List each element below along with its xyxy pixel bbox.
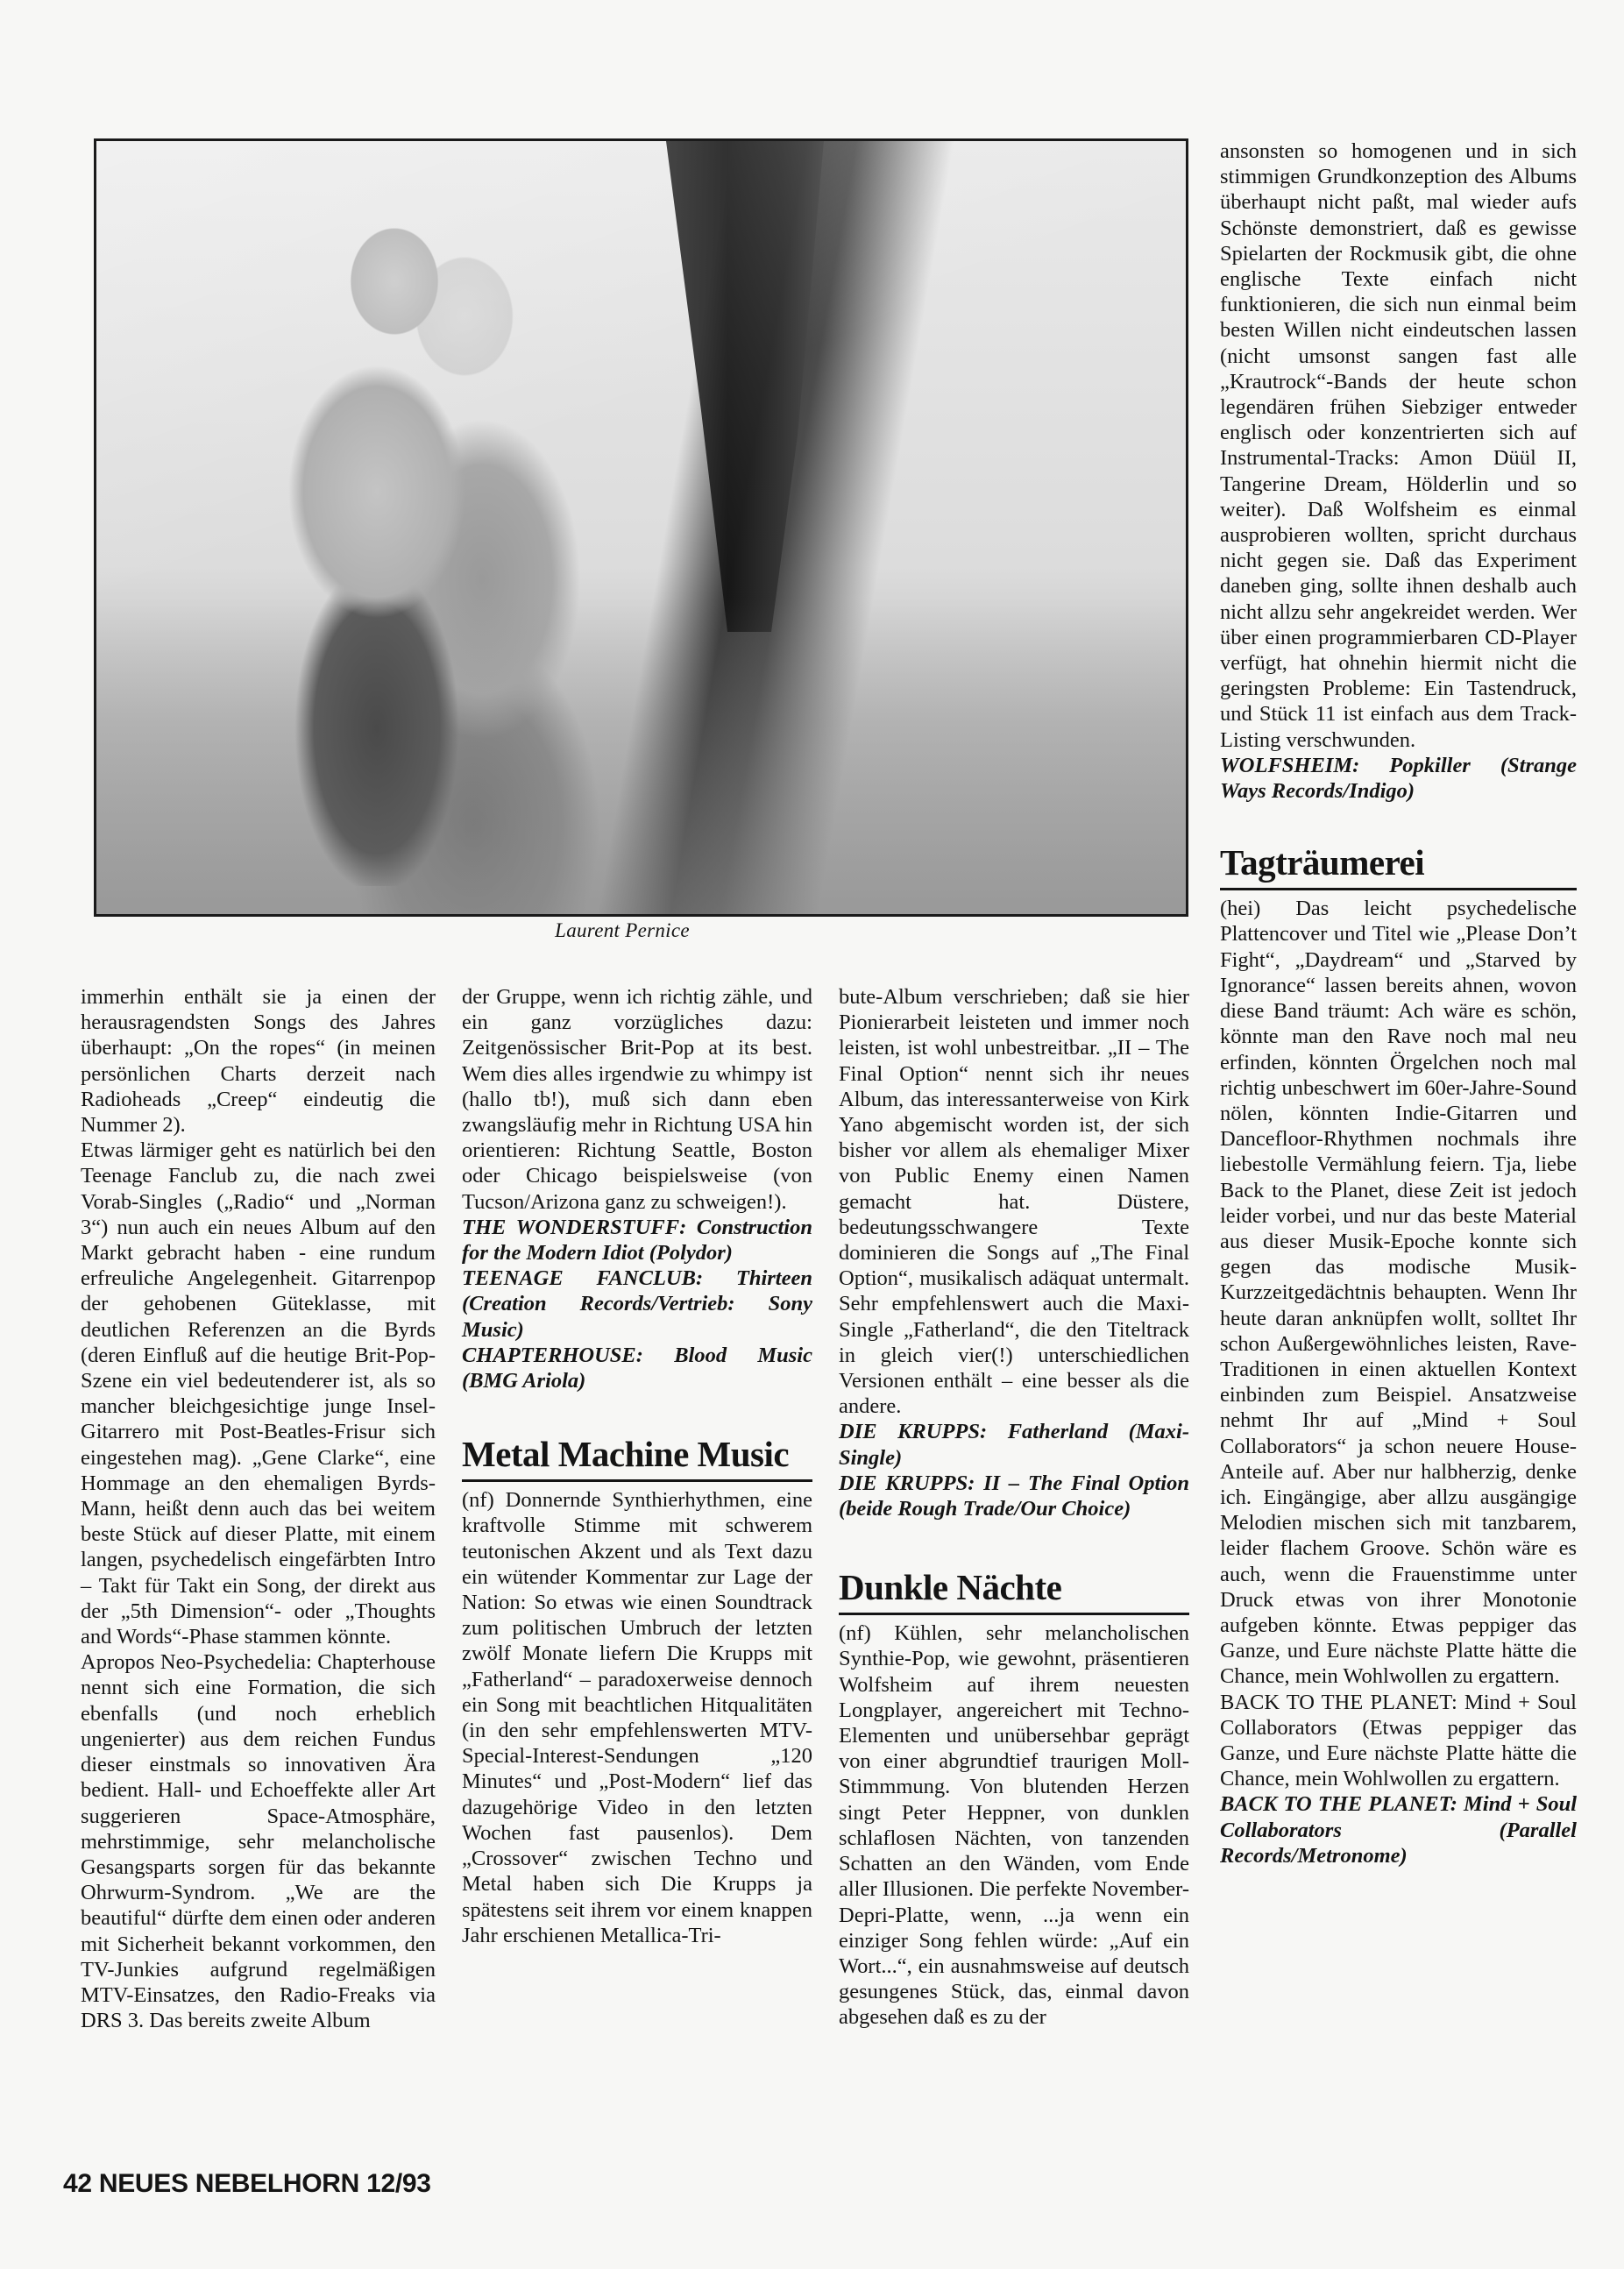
- paragraph: bute-Album verschrieben; daß sie hier Pi…: [839, 984, 1189, 1419]
- paragraph: (nf) Kühlen, sehr melancholischen Synthi…: [839, 1620, 1189, 2030]
- article-column-3: bute-Album verschrieben; daß sie hier Pi…: [839, 984, 1189, 2031]
- paragraph: der Gruppe, wenn ich richtig zähle, und …: [462, 984, 812, 1215]
- paragraph: ansonsten so homogenen und in sich stimm…: [1220, 138, 1577, 753]
- paragraph: (hei) Das leicht psychedelische Plattenc…: [1220, 896, 1577, 1689]
- album-credit: WOLFSHEIM: Popkiller (Strange Ways Recor…: [1220, 753, 1577, 804]
- publication-name: NEUES NEBELHORN: [99, 2169, 359, 2198]
- spacer: [1220, 804, 1577, 842]
- page-number: 42: [63, 2169, 92, 2198]
- section-heading-dunkle-naechte: Dunkle Nächte: [839, 1567, 1189, 1615]
- paragraph: immerhin enthält sie ja einen der heraus…: [81, 984, 436, 1138]
- album-credit: CHAPTERHOUSE: Blood Music (BMG Ariola): [462, 1343, 812, 1393]
- photo-credit: Laurent Pernice: [491, 919, 754, 942]
- article-column-4: ansonsten so homogenen und in sich stimm…: [1220, 138, 1577, 1868]
- article-photo: [94, 138, 1188, 917]
- paragraph: (nf) Donnernde Synthierhythmen, eine kra…: [462, 1487, 812, 1948]
- spacer: [462, 1393, 812, 1434]
- paragraph: Etwas lärmiger geht es natürlich bei den…: [81, 1138, 436, 1649]
- article-column-1: immerhin enthält sie ja einen der heraus…: [81, 984, 436, 2033]
- photo-seated-figure: [245, 202, 508, 886]
- paragraph: BACK TO THE PLANET: Mind + Soul Collabor…: [1220, 1690, 1577, 1792]
- album-credit: BACK TO THE PLANET: Mind + Soul Collabor…: [1220, 1791, 1577, 1868]
- album-credit: DIE KRUPPS: Fatherland (Maxi-Single): [839, 1419, 1189, 1470]
- paragraph: Apropos Neo-Psychedelia: Chapterhouse ne…: [81, 1649, 436, 2033]
- spacer: [839, 1521, 1189, 1567]
- album-credit: DIE KRUPPS: II – The Final Option (beide…: [839, 1471, 1189, 1521]
- album-credit: TEENAGE FANCLUB: Thirteen (Creation Reco…: [462, 1266, 812, 1343]
- section-heading-metal-machine-music: Metal Machine Music: [462, 1434, 812, 1482]
- section-heading-tagtraeumerei: Tagträumerei: [1220, 842, 1577, 890]
- article-column-2: der Gruppe, wenn ich richtig zähle, und …: [462, 984, 812, 1948]
- issue-number: 12/93: [366, 2169, 431, 2198]
- album-credit: THE WONDERSTUFF: Construction for the Mo…: [462, 1215, 812, 1266]
- page-footer: 42 NEUES NEBELHORN 12/93: [63, 2169, 431, 2199]
